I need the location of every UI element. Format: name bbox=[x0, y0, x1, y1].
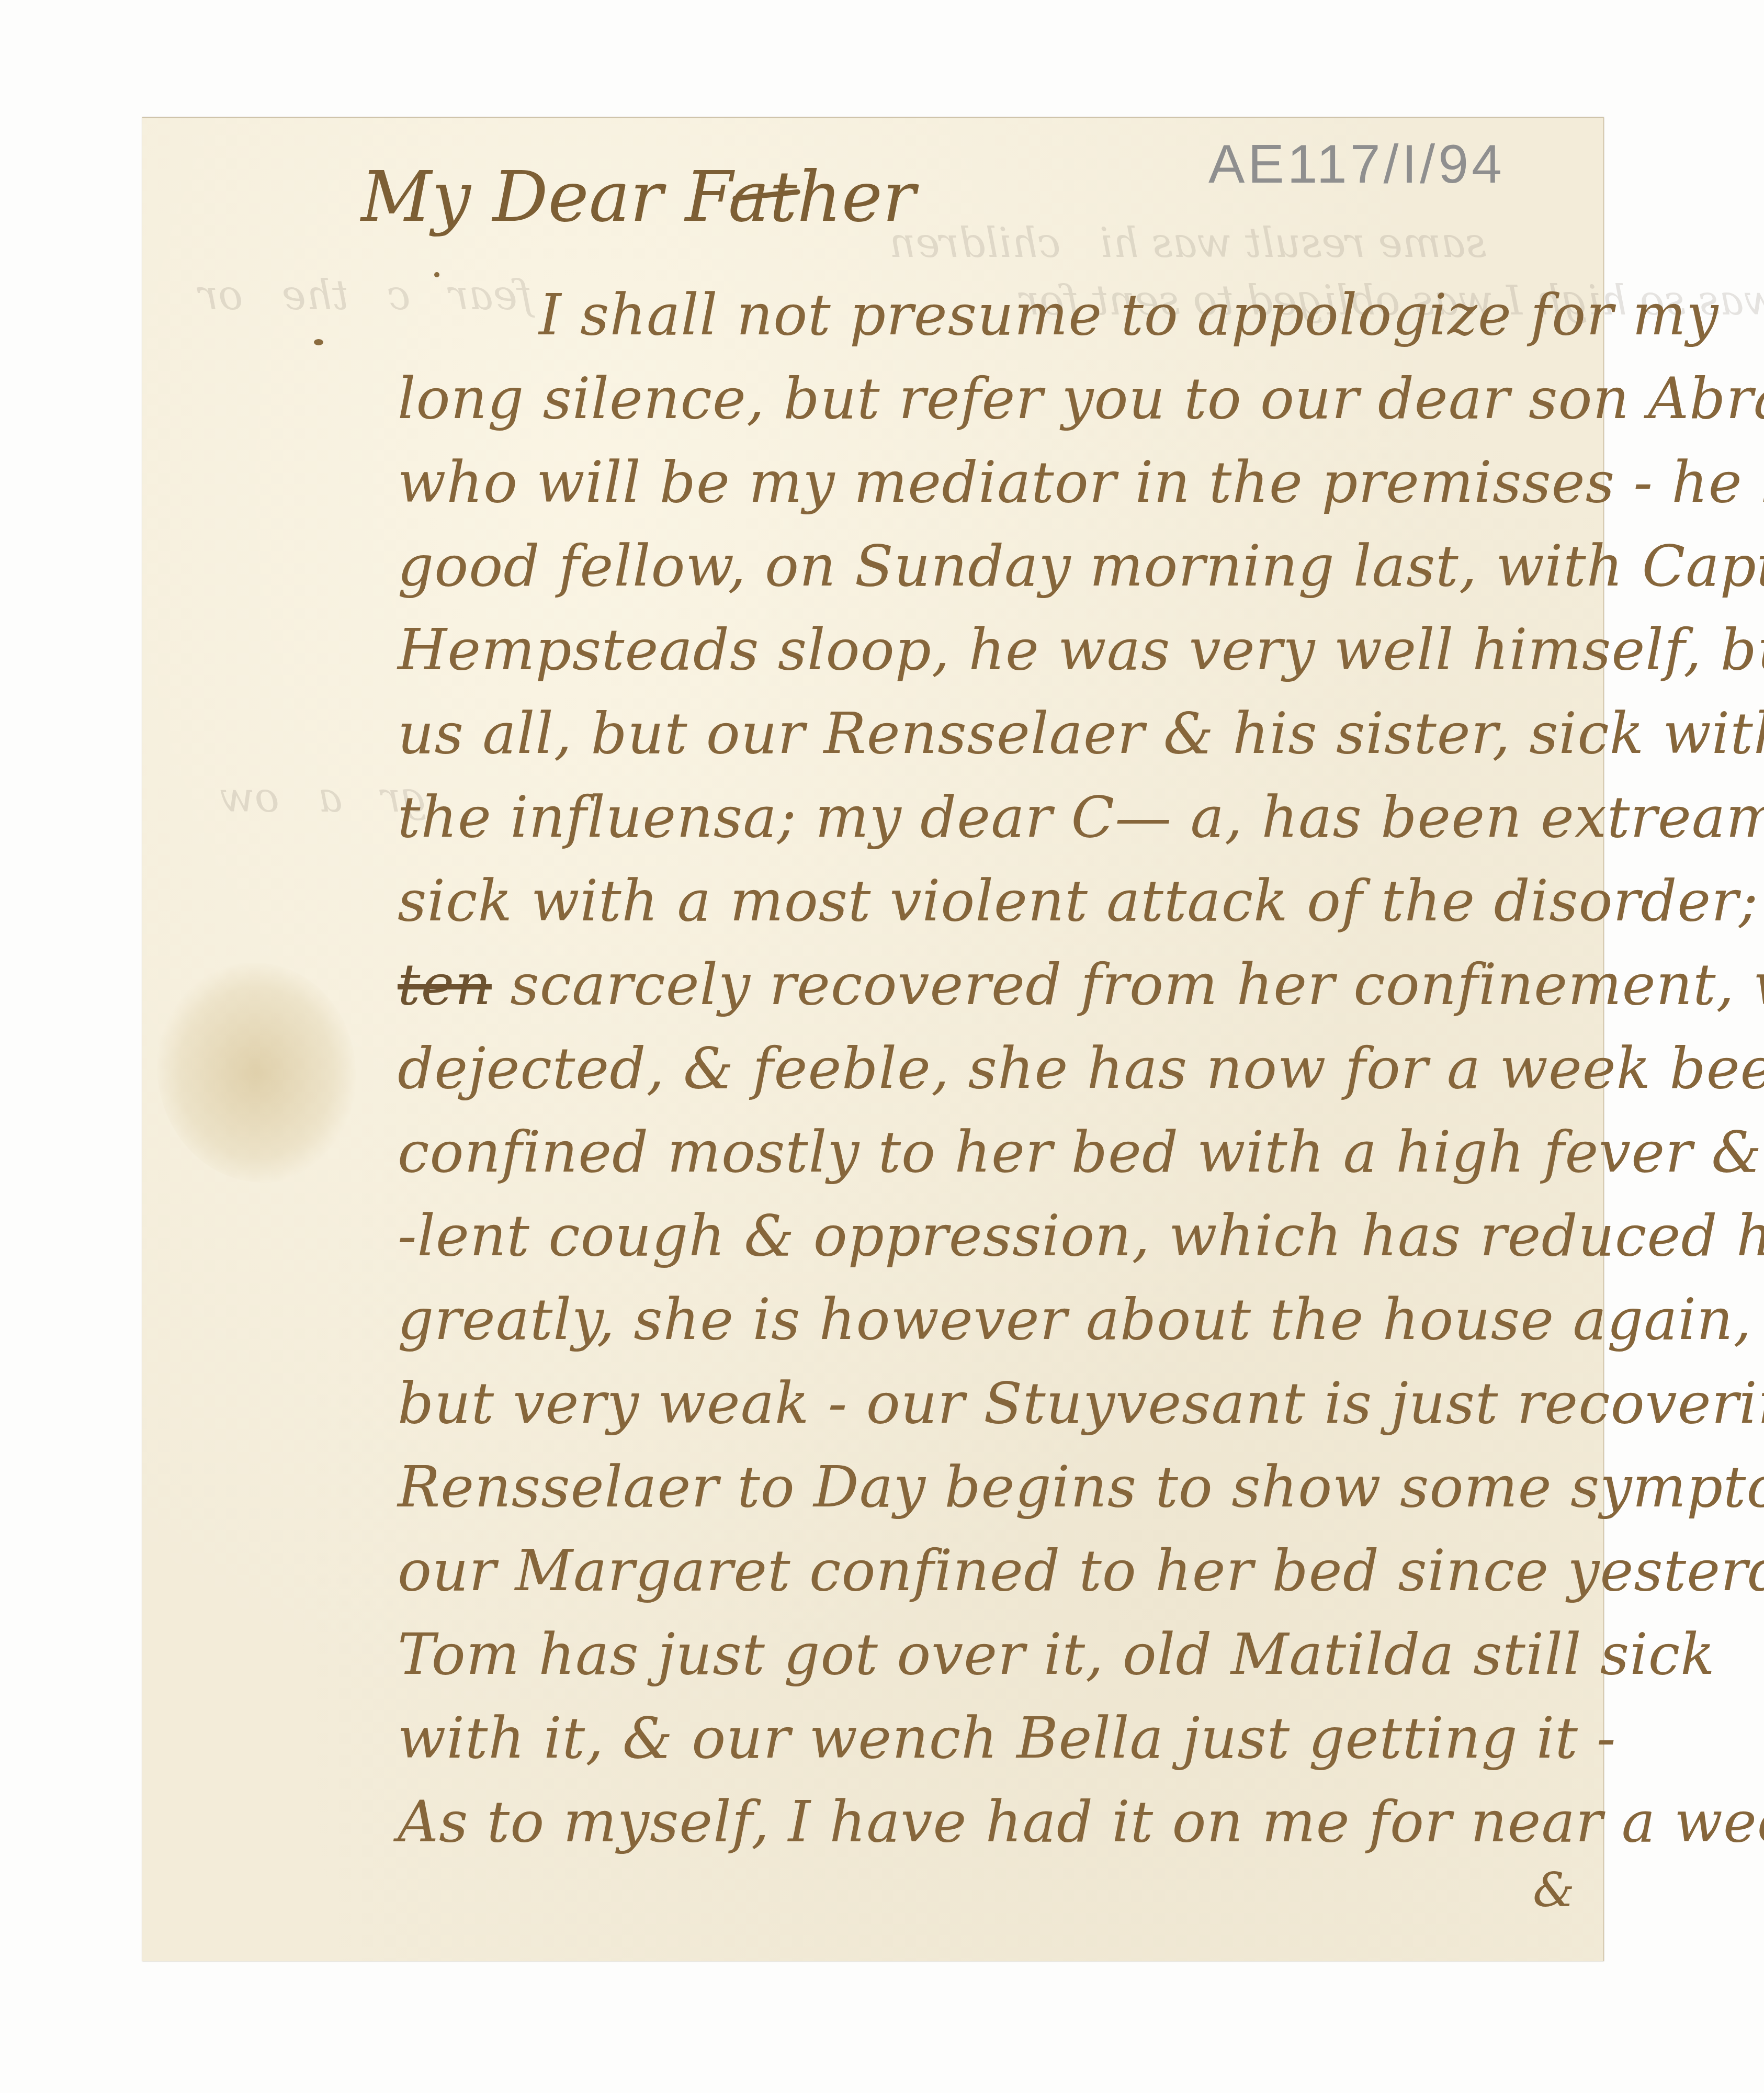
letter-line: good fellow, on Sunday morning last, wit… bbox=[398, 534, 1580, 599]
letter-line: us all, but our Rensselaer & his sister,… bbox=[398, 701, 1580, 767]
letter-line: greatly, she is however about the house … bbox=[398, 1287, 1580, 1353]
letter-line: dejected, & feeble, she has now for a we… bbox=[398, 1036, 1580, 1101]
letter-line: Hempsteads sloop, he was very well himse… bbox=[398, 617, 1580, 683]
letter-line-text: scarcely recovered from her confinement,… bbox=[510, 952, 1764, 1018]
letter-line: As to myself, I have had it on me for ne… bbox=[398, 1790, 1580, 1855]
bleed-through-text: gr a ow bbox=[220, 774, 427, 822]
ink-blot bbox=[314, 339, 323, 345]
letter-line: our Margaret confined to her bed since y… bbox=[398, 1538, 1580, 1604]
letter-line: Tom has just got over it, old Matilda st… bbox=[398, 1622, 1580, 1687]
letter-line: -lent cough & oppression, which has redu… bbox=[398, 1203, 1580, 1269]
struck-word: ten bbox=[398, 952, 492, 1018]
letter-line: Rensselaer to Day begins to show some sy… bbox=[398, 1455, 1580, 1520]
archive-reference: AE117/I/94 bbox=[1208, 133, 1505, 196]
letter-line: sick with a most violent attack of the d… bbox=[398, 869, 1580, 934]
letter-line: confined mostly to her bed with a high f… bbox=[398, 1120, 1580, 1185]
letter-line: long silence, but refer you to our dear … bbox=[398, 366, 1580, 432]
letter-line: with it, & our wench Bella just getting … bbox=[398, 1706, 1580, 1771]
salutation: My Dear Father bbox=[361, 157, 915, 238]
letter-line: who will be my mediator in the premisses… bbox=[398, 450, 1580, 515]
letter-line: I shall not presume to appologize for my bbox=[539, 283, 1721, 348]
catchword: & bbox=[1533, 1863, 1575, 1918]
bleed-through-text: same result was hi children bbox=[889, 220, 1486, 267]
letter-line: but very weak - our Stuyvesant is just r… bbox=[398, 1371, 1580, 1436]
letter-line: the influensa; my dear C— a, has been ex… bbox=[398, 785, 1580, 850]
letter-line-with-strike: ten scarcely recovered from her confinem… bbox=[398, 952, 1580, 1018]
bleed-through-text: fear c the or bbox=[199, 272, 533, 319]
ink-blot bbox=[434, 272, 439, 277]
